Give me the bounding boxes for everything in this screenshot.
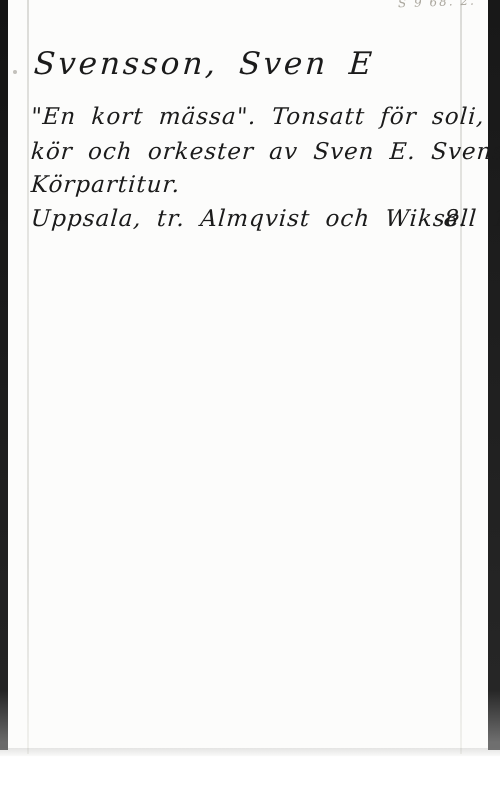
catalog-card-scan: S 9 68. 2. Svensson, Sven E "En kort mäs… — [0, 0, 500, 800]
scan-edge-right — [488, 0, 500, 750]
scan-bottom-fade — [0, 748, 500, 757]
card-left-rule-line — [27, 0, 29, 754]
card-format-line: Körpartitur. — [30, 172, 181, 198]
scan-edge-left — [0, 0, 8, 750]
card-size-mark: 8. — [443, 206, 467, 232]
card-imprint-line: Uppsala, tr. Almqvist och Wiksell 1932. — [30, 206, 500, 232]
card-title-line-2: kör och orkester av Sven E. Svensson. — [30, 139, 500, 165]
ink-speck — [13, 70, 17, 74]
card-title-line-1: "En kort mässa". Tonsatt för soli, — [30, 104, 486, 130]
scanned-card-area: S 9 68. 2. Svensson, Sven E "En kort mäs… — [0, 0, 500, 756]
card-heading-author: Svensson, Sven E — [33, 46, 376, 82]
